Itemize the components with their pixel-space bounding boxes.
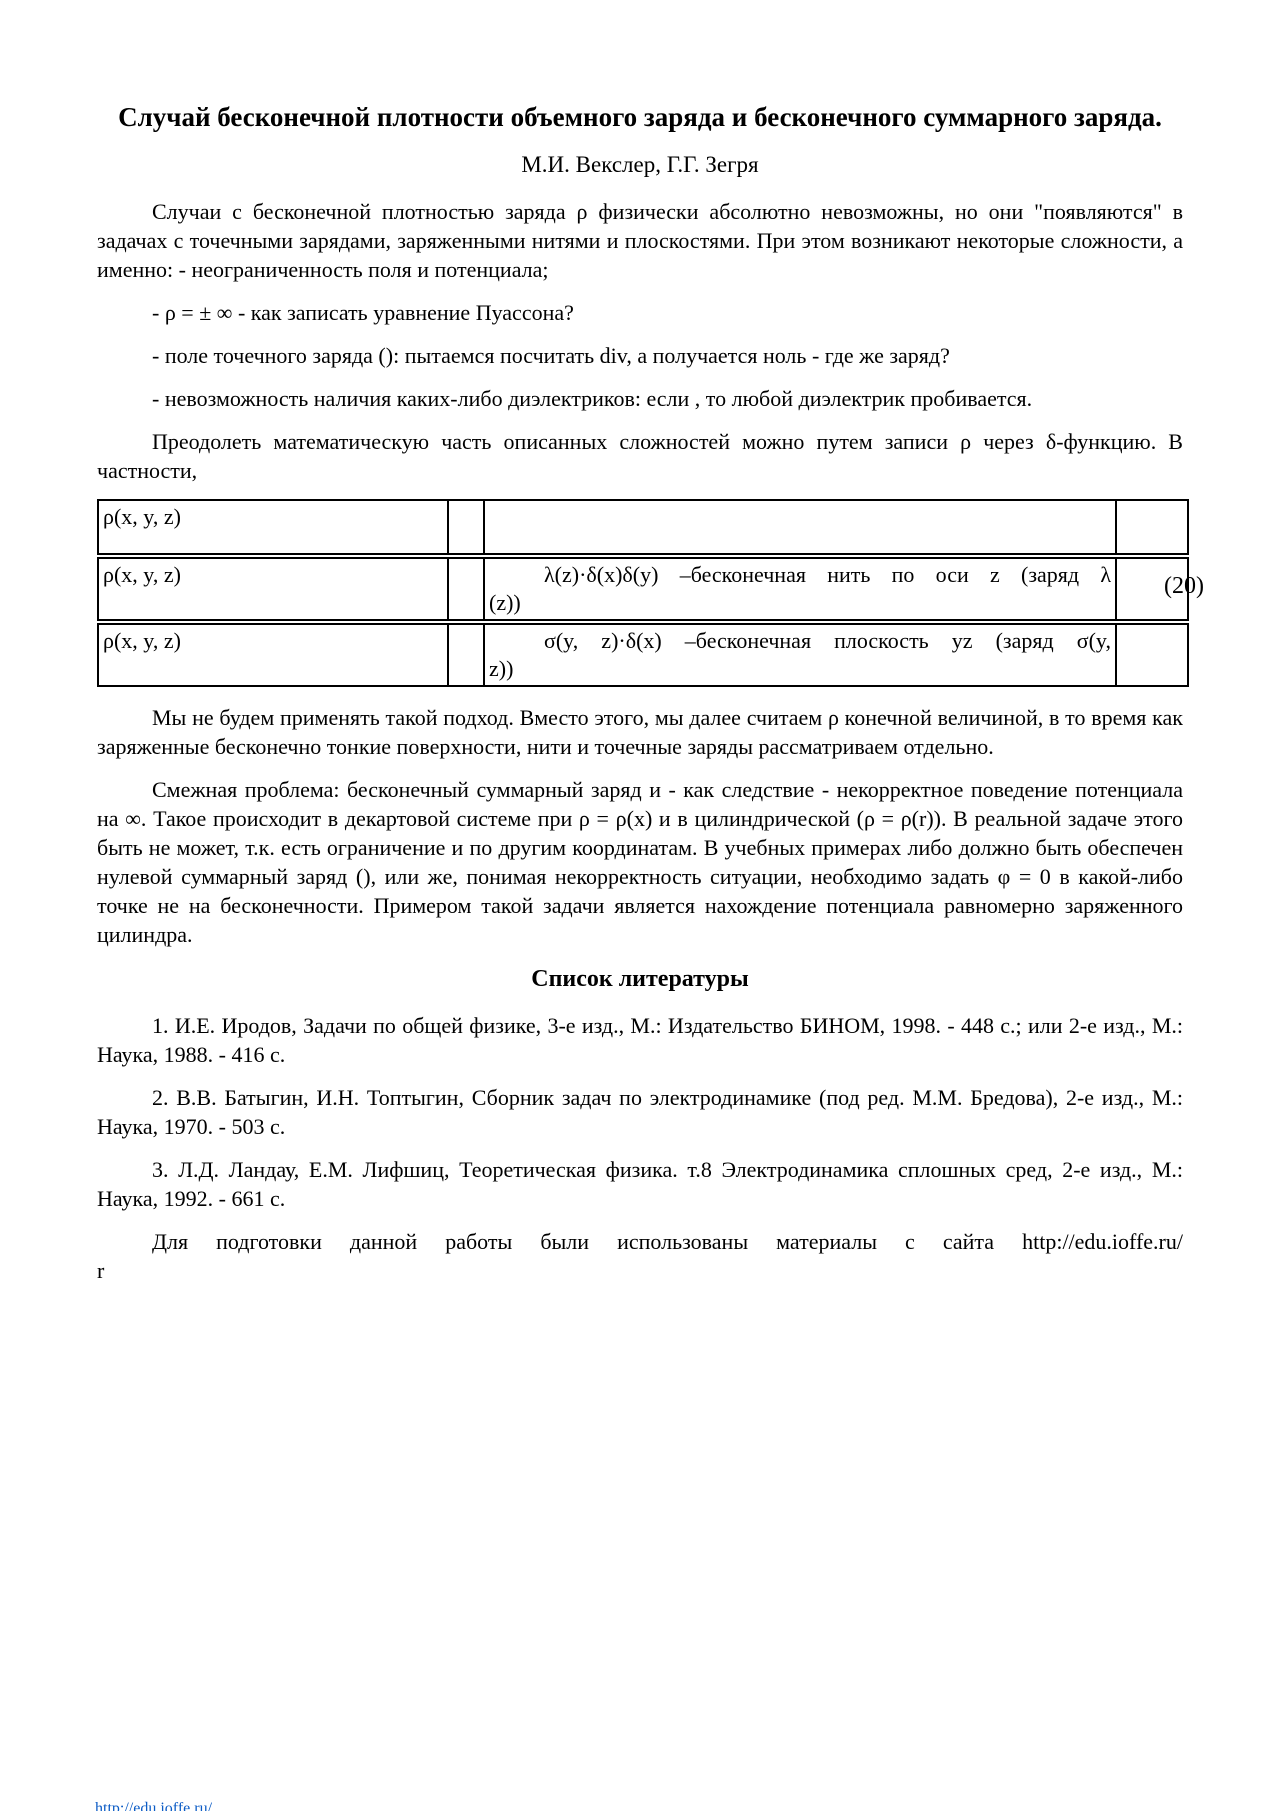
spacer-cell <box>448 556 484 622</box>
table-row: ρ(x, y, z) σ(y, z)·δ(x) –бесконечная пло… <box>98 622 1188 686</box>
document-content: Случай бесконечной плотности объемного з… <box>97 0 1183 1285</box>
paragraph-intro-4: - невозможность наличия каких-либо диэле… <box>97 384 1183 413</box>
closing-text: Для подготовки данной работы были исполь… <box>97 1227 1183 1256</box>
formula-text-line2: z)) <box>489 655 1111 683</box>
formula-table: ρ(x, y, z) ρ(x, y, z) λ(z)·δ(x)δ(y) –бес… <box>97 499 1189 687</box>
footer-link-clip: http://edu.ioffe.ru/ <box>95 1800 215 1811</box>
paragraph-intro-3: - поле точечного заряда (): пытаемся пос… <box>97 341 1183 370</box>
paragraph-intro-2: - ρ = ± ∞ - как записать уравнение Пуасс… <box>97 298 1183 327</box>
density-cell: ρ(x, y, z) <box>98 622 448 686</box>
equation-number: (20) <box>1164 571 1204 601</box>
closing-text-wrap: r <box>97 1256 1183 1285</box>
paragraph-intro-1: Случаи с бесконечной плотностью заряда ρ… <box>97 197 1183 284</box>
density-cell: ρ(x, y, z) <box>98 500 448 556</box>
density-cell: ρ(x, y, z) <box>98 556 448 622</box>
spacer-cell <box>448 622 484 686</box>
spacer-cell <box>448 500 484 556</box>
formula-text-line1: λ(z)·δ(x)δ(y) –бесконечная нить по оси z… <box>489 561 1111 589</box>
margin-cell <box>1116 500 1188 556</box>
page-title: Случай бесконечной плотности объемного з… <box>97 100 1183 135</box>
paragraph-intro-5: Преодолеть математическую часть описанны… <box>97 427 1183 485</box>
margin-cell <box>1116 622 1188 686</box>
formula-text-line1: σ(y, z)·δ(x) –бесконечная плоскость yz (… <box>489 627 1111 655</box>
paragraph-discussion-1: Мы не будем применять такой подход. Вмес… <box>97 703 1183 761</box>
table-row: ρ(x, y, z) λ(z)·δ(x)δ(y) –бесконечная ни… <box>98 556 1188 622</box>
formula-cell: σ(y, z)·δ(x) –бесконечная плоскость yz (… <box>484 622 1116 686</box>
references-heading: Список литературы <box>97 963 1183 995</box>
paragraph-discussion-2: Смежная проблема: бесконечный суммарный … <box>97 775 1183 949</box>
reference-item-2: 2. В.В. Батыгин, И.Н. Топтыгин, Сборник … <box>97 1083 1183 1141</box>
reference-item-1: 1. И.Е. Иродов, Задачи по общей физике, … <box>97 1011 1183 1069</box>
table-row: ρ(x, y, z) <box>98 500 1188 556</box>
footer-link[interactable]: http://edu.ioffe.ru/ <box>95 1800 212 1811</box>
authors-line: М.И. Векслер, Г.Г. Зегря <box>97 151 1183 179</box>
reference-item-3: 3. Л.Д. Ландау, Е.М. Лифшиц, Теоретическ… <box>97 1155 1183 1213</box>
formula-cell <box>484 500 1116 556</box>
formula-cell: λ(z)·δ(x)δ(y) –бесконечная нить по оси z… <box>484 556 1116 622</box>
document-page: Случай бесконечной плотности объемного з… <box>0 0 1280 1811</box>
formula-text-line2: (z)) <box>489 589 1111 617</box>
